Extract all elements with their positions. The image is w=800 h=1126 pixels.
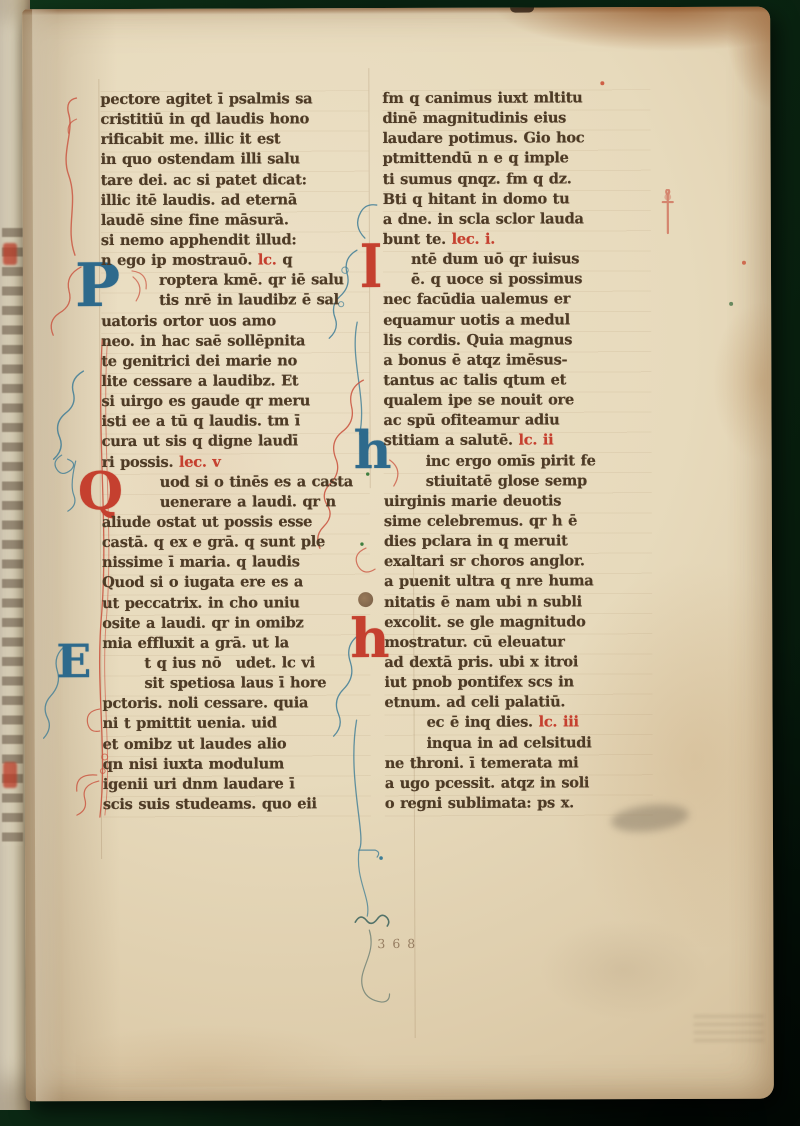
body-text: mostratur. cū eleuatur xyxy=(384,633,564,651)
manuscript-line: castā. q ex e grā. q sunt ple xyxy=(102,533,372,554)
body-text: nec facūdia ualemus er xyxy=(383,291,570,309)
body-text: n ego ip mostrauō. xyxy=(101,252,258,270)
body-text: et omibz ut laudes alio xyxy=(103,735,287,753)
manuscript-line: stitiam a salutē. lc. ii xyxy=(384,431,654,452)
manuscript-line: lite cessare a laudibz. Et xyxy=(101,372,371,393)
body-text: qualem ipe se nouit ore xyxy=(383,391,574,409)
manuscript-line: uatoris ortor uos amo xyxy=(101,312,371,333)
body-text: ntē dum uō qr iuisus xyxy=(411,250,579,268)
body-text: bunt te. xyxy=(383,231,452,248)
facing-page-rubric-smudge xyxy=(3,762,17,788)
manuscript-line: igenii uri dnm laudare ī xyxy=(103,775,373,796)
manuscript-line: a puenit ultra q nre huma xyxy=(384,572,654,593)
body-text: neo. in hac saē sollēpnita xyxy=(101,332,305,350)
manuscript-line: ntē dum uō qr iuisus xyxy=(383,250,653,271)
body-text: ut peccatrix. in cho uniu xyxy=(102,594,299,612)
body-text: castā. q ex e grā. q sunt ple xyxy=(102,533,325,551)
manuscript-line: inc ergo omīs pirit fe xyxy=(384,452,654,473)
page-number: 368 xyxy=(377,936,467,951)
manuscript-line: illic itē laudis. ad eternā xyxy=(101,191,371,212)
manuscript-line: in quo ostendam illi salu xyxy=(101,151,371,172)
manuscript-line: laudē sine fine māsurā. xyxy=(101,211,371,232)
facing-page-rubric-smudge xyxy=(3,243,17,265)
filigree-q-blue xyxy=(55,455,76,511)
manuscript-line: aliude ostat ut possis esse xyxy=(102,513,372,534)
manuscript-line: et omibz ut laudes alio xyxy=(103,735,373,756)
manuscript-line: pctoris. noli cessare. quia xyxy=(102,694,372,715)
body-text: sit spetiosa laus ī hore xyxy=(144,674,326,692)
rubric-text: lc. xyxy=(258,252,277,269)
body-text: ni t pmittit uenia. uid xyxy=(103,715,277,733)
body-text: ri possis. xyxy=(102,453,179,470)
body-text: lite cessare a laudibz. Et xyxy=(101,372,298,390)
body-text: a bonus ē atqz imēsus- xyxy=(383,351,567,369)
manuscript-page: P Q E I h h pectore agitet ī psalmis sac… xyxy=(22,7,774,1102)
body-text: ē. q uoce si possimus xyxy=(411,271,582,289)
manuscript-line: qn nisi iuxta modulum xyxy=(103,755,373,776)
manuscript-line: nitatis ē nam ubi n subli xyxy=(384,593,654,614)
manuscript-line: fm q canimus iuxt mltitu xyxy=(382,89,652,110)
manuscript-line: mostratur. cū eleuatur xyxy=(384,633,654,654)
body-text: nitatis ē nam ubi n subli xyxy=(384,593,582,611)
body-text: uatoris ortor uos amo xyxy=(101,312,276,330)
rubric-text: lec. i. xyxy=(452,231,495,248)
rubric-text: lc. iii xyxy=(539,714,579,731)
manuscript-line: Quod si o iugata ere es a xyxy=(102,573,372,594)
body-text: ec ē inq dies. xyxy=(427,714,539,731)
body-text: Quod si o iugata ere es a xyxy=(102,574,303,592)
manuscript-line: pectore agitet ī psalmis sa xyxy=(100,90,370,111)
body-text: roptera kmē. qr iē salu xyxy=(159,271,344,289)
manuscript-line: qualem ipe se nouit ore xyxy=(383,391,653,412)
manuscript-line: stiuitatē glose semp xyxy=(384,472,654,493)
initial-E: E xyxy=(56,641,91,683)
body-text: tis nrē in laudibz ē sal xyxy=(159,292,339,310)
body-text: si nemo apphendit illud: xyxy=(101,231,297,249)
manuscript-line: si nemo apphendit illud: xyxy=(101,231,371,252)
manuscript-line: ptmittendū n e q imple xyxy=(383,150,653,171)
manuscript-line: sime celebremus. qr h ē xyxy=(384,512,654,533)
body-text: igenii uri dnm laudare ī xyxy=(103,775,295,793)
manuscript-line: dinē magnitudinis eius xyxy=(382,109,652,130)
manuscript-line: uod si o tinēs es a casta xyxy=(102,473,372,494)
text-column-left: pectore agitet ī psalmis sacristitiū in … xyxy=(100,90,373,816)
body-text: a ugo pcessit. atqz in soli xyxy=(385,774,589,792)
body-text: scis suis studeams. quo eii xyxy=(103,795,317,813)
manuscript-line: tantus ac talis qtum et xyxy=(383,371,653,392)
manuscript-line: te genitrici dei marie no xyxy=(101,352,371,373)
body-text: uenerare a laudi. qr n xyxy=(160,493,336,511)
manuscript-line: ad dextā pris. ubi x itroi xyxy=(384,653,654,674)
body-text: nissime ī maria. q laudis xyxy=(102,554,300,572)
manuscript-line: ti sumus qnqz. fm q dz. xyxy=(383,170,653,191)
body-text: excolit. se gle magnitudo xyxy=(384,613,585,631)
rubric-text: lc. ii xyxy=(518,432,553,449)
body-text: qn nisi iuxta modulum xyxy=(103,755,284,773)
filigree-q-blue xyxy=(53,371,83,459)
body-text: uirginis marie deuotis xyxy=(384,492,561,510)
manuscript-line: si uirgo es gaude qr meru xyxy=(101,392,371,413)
manuscript-line: inqua in ad celsitudi xyxy=(385,734,655,755)
manuscript-line: cura ut sis q digne laudī xyxy=(102,432,372,453)
body-text: ad dextā pris. ubi x itroi xyxy=(384,653,578,671)
manuscript-line: isti ee a tū q laudis. tm ī xyxy=(102,412,372,433)
flourish-w-squiggle xyxy=(355,915,389,926)
manuscript-line: n ego ip mostrauō. lc. q xyxy=(101,251,371,272)
manuscript-line: a dne. in scla sclor lauda xyxy=(383,210,653,231)
manuscript-line: nec facūdia ualemus er xyxy=(383,291,653,312)
body-text: pctoris. noli cessare. quia xyxy=(102,695,308,713)
flourish-dot xyxy=(379,856,383,860)
body-text: tantus ac talis qtum et xyxy=(383,371,566,389)
body-text: in quo ostendam illi salu xyxy=(101,151,300,169)
manuscript-line: osite a laudi. qr in omibz xyxy=(102,614,372,635)
manuscript-line: ē. q uoce si possimus xyxy=(383,270,653,291)
flourish-crossbar xyxy=(359,850,379,857)
body-text: mia effluxit a grā. ut la xyxy=(102,634,289,652)
body-text: stitiam a salutē. xyxy=(384,432,519,449)
manuscript-line: ri possis. lec. v xyxy=(102,453,372,474)
body-text: aliude ostat ut possis esse xyxy=(102,513,312,531)
manuscript-line: cristitiū in qd laudis hono xyxy=(100,110,370,131)
body-text: illic itē laudis. ad eternā xyxy=(101,191,297,209)
manuscript-line: Bti q hitant in domo tu xyxy=(383,190,653,211)
manuscript-line: laudare potimus. Gio hoc xyxy=(383,129,653,150)
body-text: te genitrici dei marie no xyxy=(101,352,297,370)
rubric-text: lec. v xyxy=(179,453,221,470)
manuscript-line: uenerare a laudi. qr n xyxy=(102,493,372,514)
body-text: tare dei. ac si patet dicat: xyxy=(101,171,307,189)
body-text: ac spū ofiteamur adiu xyxy=(384,412,560,430)
text-column-right: fm q canimus iuxt mltitudinē magnitudini… xyxy=(382,89,655,815)
body-text: cristitiū in qd laudis hono xyxy=(100,110,309,128)
manuscript-line: t q ius nō udet. lc vi xyxy=(102,654,372,675)
manuscript-line: uirginis marie deuotis xyxy=(384,492,654,513)
body-text: t q ius nō udet. lc vi xyxy=(144,654,314,672)
manuscript-line: etnum. ad celi palatiū. xyxy=(384,693,654,714)
body-text: equamur uotis a medul xyxy=(383,311,570,329)
body-text: inc ergo omīs pirit fe xyxy=(426,452,596,470)
manuscript-line: ut peccatrix. in cho uniu xyxy=(102,594,372,615)
manuscript-line: bunt te. lec. i. xyxy=(383,230,653,251)
body-text: exaltari sr choros anglor. xyxy=(384,553,585,571)
body-text: uod si o tinēs es a casta xyxy=(160,473,353,491)
body-text: ti sumus qnqz. fm q dz. xyxy=(383,170,572,188)
manuscript-line: a bonus ē atqz imēsus- xyxy=(383,351,653,372)
manuscript-line: nissime ī maria. q laudis xyxy=(102,553,372,574)
manuscript-line: ni t pmittit uenia. uid xyxy=(103,714,373,735)
body-text: cura ut sis q digne laudī xyxy=(102,433,298,451)
body-text: stiuitatē glose semp xyxy=(426,472,587,490)
manuscript-line: rificabit me. illic it est xyxy=(101,130,371,151)
manuscript-line: neo. in hac saē sollēpnita xyxy=(101,332,371,353)
body-text: lis cordis. Quia magnus xyxy=(383,331,572,349)
manuscript-line: ac spū ofiteamur adiu xyxy=(384,411,654,432)
manuscript-line: ne throni. ī temerata mi xyxy=(385,754,655,775)
flourish-red-curls-bottom xyxy=(76,709,100,815)
body-text: laudare potimus. Gio hoc xyxy=(383,130,585,148)
body-text: isti ee a tū q laudis. tm ī xyxy=(102,413,301,431)
manuscript-line: a ugo pcessit. atqz in soli xyxy=(385,774,655,795)
manuscript-line: dies pclara in q meruit xyxy=(384,532,654,553)
body-text: rificabit me. illic it est xyxy=(101,131,281,149)
manuscript-line: excolit. se gle magnitudo xyxy=(384,613,654,634)
manuscript-line: scis suis studeams. quo eii xyxy=(103,795,373,816)
body-text: a dne. in scla sclor lauda xyxy=(383,210,584,228)
manuscript-line: lis cordis. Quia magnus xyxy=(383,331,653,352)
manuscript-line: tare dei. ac si patet dicat: xyxy=(101,171,371,192)
manuscript-line: ec ē inq dies. lc. iii xyxy=(385,713,655,734)
body-text: dinē magnitudinis eius xyxy=(382,110,566,128)
body-text: o regni sublimata: ps x. xyxy=(385,794,574,812)
manuscript-line: exaltari sr choros anglor. xyxy=(384,552,654,573)
body-text: ne throni. ī temerata mi xyxy=(385,754,579,772)
body-text: osite a laudi. qr in omibz xyxy=(102,614,303,632)
body-text: pectore agitet ī psalmis sa xyxy=(100,90,312,108)
body-text: inqua in ad celsitudi xyxy=(427,734,592,752)
body-text: q xyxy=(276,251,292,268)
body-text: fm q canimus iuxt mltitu xyxy=(382,89,582,107)
manuscript-line: o regni sublimata: ps x. xyxy=(385,794,655,815)
body-text: dies pclara in q meruit xyxy=(384,533,568,551)
flourish-blue-long-tail xyxy=(358,850,368,916)
body-text: laudē sine fine māsurā. xyxy=(101,211,289,229)
manuscript-line: iut pnob pontifex scs in xyxy=(384,673,654,694)
body-text: si uirgo es gaude qr meru xyxy=(101,392,310,410)
manuscript-line: sit spetiosa laus ī hore xyxy=(102,674,372,695)
manuscript-line: equamur uotis a medul xyxy=(383,311,653,332)
body-text: iut pnob pontifex scs in xyxy=(384,673,573,691)
manuscript-line: roptera kmē. qr iē salu xyxy=(101,271,371,292)
body-text: a puenit ultra q nre huma xyxy=(384,573,593,591)
body-text: sime celebremus. qr h ē xyxy=(384,512,577,530)
body-text: etnum. ad celi palatiū. xyxy=(384,694,565,712)
manuscript-line: mia effluxit a grā. ut la xyxy=(102,634,372,655)
manuscript-line: tis nrē in laudibz ē sal xyxy=(101,291,371,312)
body-text: ptmittendū n e q imple xyxy=(383,150,569,168)
facing-page-text-edge xyxy=(2,228,23,846)
body-text: Bti q hitant in domo tu xyxy=(383,190,570,208)
